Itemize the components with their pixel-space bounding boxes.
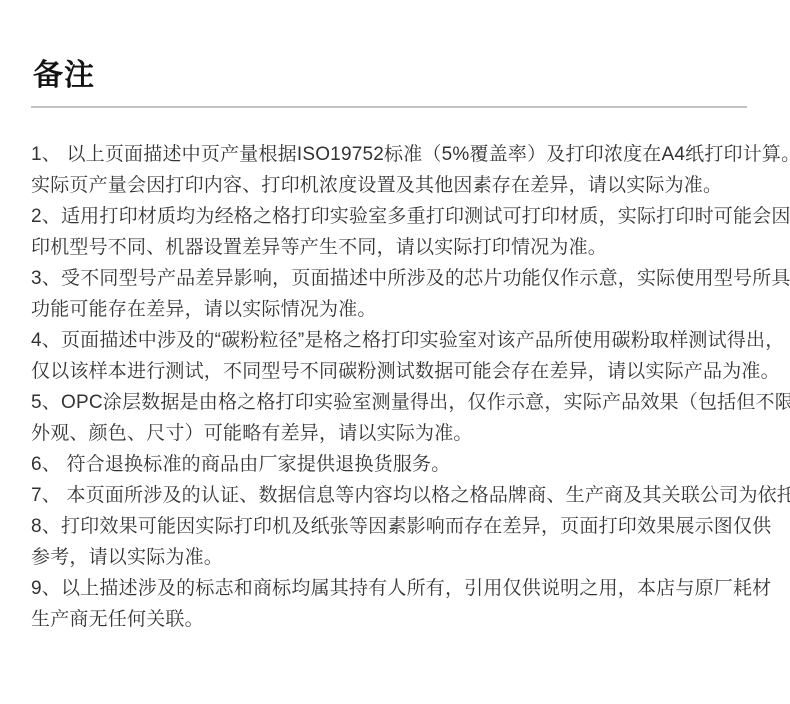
note-2-line-2: 印机型号不同、机器设置差异等产生不同，请以实际打印情况为准。: [31, 232, 770, 263]
note-1-line-1: 1、 以上页面描述中页产量根据ISO19752标准（5%覆盖率）及打印浓度在A4…: [31, 139, 770, 170]
note-8-line-1: 8、打印效果可能因实际打印机及纸张等因素影响而存在差异，页面打印效果展示图仅供: [31, 511, 770, 542]
title-divider: [31, 106, 747, 108]
note-6-line-1: 6、 符合退换标准的商品由厂家提供退换货服务。: [31, 449, 770, 480]
note-1-line-2: 实际页产量会因打印内容、打印机浓度设置及其他因素存在差异，请以实际为准。: [31, 170, 770, 201]
note-2-line-1: 2、适用打印材质均为经格之格打印实验室多重打印测试可打印材质，实际打印时可能会因…: [31, 201, 770, 232]
page-title: 备注: [33, 58, 770, 94]
note-5-line-2: 外观、颜色、尺寸）可能略有差异，请以实际为准。: [31, 418, 770, 449]
notes-list: 1、 以上页面描述中页产量根据ISO19752标准（5%覆盖率）及打印浓度在A4…: [31, 139, 770, 635]
note-3-line-2: 功能可能存在差异，请以实际情况为准。: [31, 294, 770, 325]
note-4-line-1: 4、页面描述中涉及的“碳粉粒径”是格之格打印实验室对该产品所使用碳粉取样测试得出…: [31, 325, 770, 356]
note-3-line-1: 3、受不同型号产品差异影响，页面描述中所涉及的芯片功能仅作示意，实际使用型号所具…: [31, 263, 770, 294]
note-9-line-1: 9、以上描述涉及的标志和商标均属其持有人所有，引用仅供说明之用，本店与原厂耗材: [31, 573, 770, 604]
note-5-line-1: 5、OPC涂层数据是由格之格打印实验室测量得出，仅作示意，实际产品效果（包括但不…: [31, 387, 770, 418]
notes-section: 备注 1、 以上页面描述中页产量根据ISO19752标准（5%覆盖率）及打印浓度…: [0, 0, 790, 704]
note-7-line-1: 7、 本页面所涉及的认证、数据信息等内容均以格之格品牌商、生产商及其关联公司为依…: [31, 480, 770, 511]
note-8-line-2: 参考，请以实际为准。: [31, 542, 770, 573]
note-9-line-2: 生产商无任何关联。: [31, 604, 770, 635]
note-4-line-2: 仅以该样本进行测试，不同型号不同碳粉测试数据可能会存在差异，请以实际产品为准。: [31, 356, 770, 387]
